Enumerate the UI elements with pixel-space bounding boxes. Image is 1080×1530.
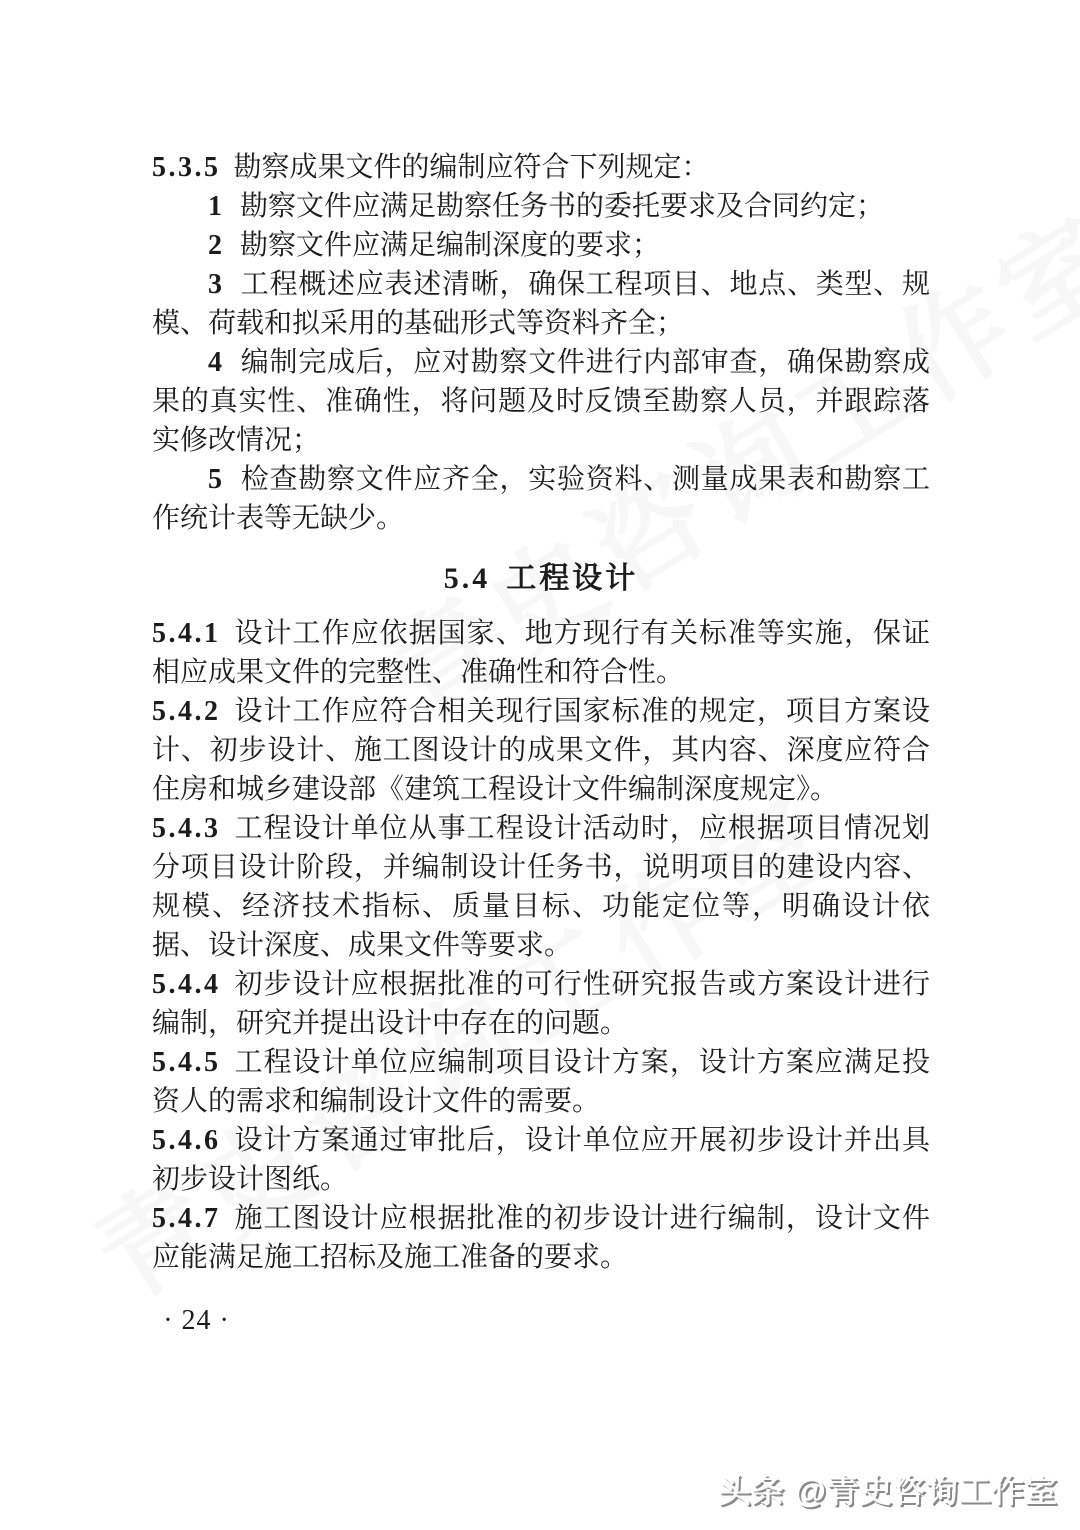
clause-5-4-4: 5.4.4初步设计应根据批准的可行性研究报告或方案设计进行编制，研究并提出设计中… [152,965,930,1043]
paragraph-number: 3 [208,269,222,300]
paragraph-text: 初步设计应根据批准的可行性研究报告或方案设计进行编制，研究并提出设计中存在的问题… [152,969,930,1039]
clause-5-4-5: 5.4.5工程设计单位应编制项目设计方案，设计方案应满足投资人的需求和编制设计文… [152,1043,930,1121]
page-number: · 24 · [152,1301,930,1340]
document-body: 5.3.5勘察成果文件的编制应符合下列规定：1勘察文件应满足勘察任务书的委托要求… [152,148,930,1277]
section-heading-5-4: 5.4工程设计 [152,562,930,596]
item-1: 1勘察文件应满足勘察任务书的委托要求及合同约定； [152,187,930,226]
paragraph-text: 检查勘察文件应齐全，实验资料、测量成果表和勘察工作统计表等无缺少。 [152,464,930,534]
paragraph-text: 勘察文件应满足勘察任务书的委托要求及合同约定； [240,191,884,222]
toutiao-watermark: 头条 @青史咨询工作室 [719,1466,1058,1512]
paragraph-text: 勘察成果文件的编制应符合下列规定： [234,152,710,183]
paragraph-number: 5.4.4 [152,969,221,1000]
item-5: 5检查勘察文件应齐全，实验资料、测量成果表和勘察工作统计表等无缺少。 [152,460,930,538]
paragraph-text: 设计工作应依据国家、地方现行有关标准等实施，保证相应成果文件的完整性、准确性和符… [152,618,930,688]
paragraph-text: 工程设计单位从事工程设计活动时，应根据项目情况划分项目设计阶段，并编制设计任务书… [152,813,930,961]
paragraph-text: 施工图设计应根据批准的初步设计进行编制，设计文件应能满足施工招标及施工准备的要求… [152,1203,930,1273]
clause-5-3-5: 5.3.5勘察成果文件的编制应符合下列规定： [152,148,930,187]
paragraph-text: 工程概述应表述清晰，确保工程项目、地点、类型、规模、荷载和拟采用的基础形式等资料… [152,269,930,339]
item-2: 2勘察文件应满足编制深度的要求； [152,226,930,265]
paragraph-number: 2 [208,230,222,261]
heading-title: 工程设计 [506,562,638,595]
paragraph-text: 设计方案通过审批后，设计单位应开展初步设计并出具初步设计图纸。 [152,1125,930,1195]
item-4: 4编制完成后，应对勘察文件进行内部审查，确保勘察成果的真实性、准确性，将问题及时… [152,343,930,460]
paragraph-text: 工程设计单位应编制项目设计方案，设计方案应满足投资人的需求和编制设计文件的需要。 [152,1047,930,1117]
document-page: 5.3.5勘察成果文件的编制应符合下列规定：1勘察文件应满足勘察任务书的委托要求… [152,148,930,1340]
heading-number: 5.4 [444,562,491,595]
paragraph-number: 5 [208,464,222,495]
clause-5-4-2: 5.4.2设计工作应符合相关现行国家标准的规定，项目方案设计、初步设计、施工图设… [152,692,930,809]
paragraph-number: 5.4.1 [152,618,221,649]
paragraph-number: 4 [208,347,222,378]
paragraph-text: 设计工作应符合相关现行国家标准的规定，项目方案设计、初步设计、施工图设计的成果文… [152,696,930,805]
paragraph-number: 5.4.3 [152,813,221,844]
paragraph-text: 勘察文件应满足编制深度的要求； [240,230,660,261]
item-3: 3工程概述应表述清晰，确保工程项目、地点、类型、规模、荷载和拟采用的基础形式等资… [152,265,930,343]
clause-5-4-3: 5.4.3工程设计单位从事工程设计活动时，应根据项目情况划分项目设计阶段，并编制… [152,809,930,965]
clause-5-4-1: 5.4.1设计工作应依据国家、地方现行有关标准等实施，保证相应成果文件的完整性、… [152,614,930,692]
paragraph-number: 5.4.7 [152,1203,221,1234]
paragraph-number: 5.4.2 [152,696,221,727]
paragraph-text: 编制完成后，应对勘察文件进行内部审查，确保勘察成果的真实性、准确性，将问题及时反… [152,347,930,456]
paragraph-number: 1 [208,191,222,222]
paragraph-number: 5.4.6 [152,1125,221,1156]
clause-5-4-6: 5.4.6设计方案通过审批后，设计单位应开展初步设计并出具初步设计图纸。 [152,1121,930,1199]
paragraph-number: 5.4.5 [152,1047,221,1078]
paragraph-number: 5.3.5 [152,152,221,183]
clause-5-4-7: 5.4.7施工图设计应根据批准的初步设计进行编制，设计文件应能满足施工招标及施工… [152,1199,930,1277]
